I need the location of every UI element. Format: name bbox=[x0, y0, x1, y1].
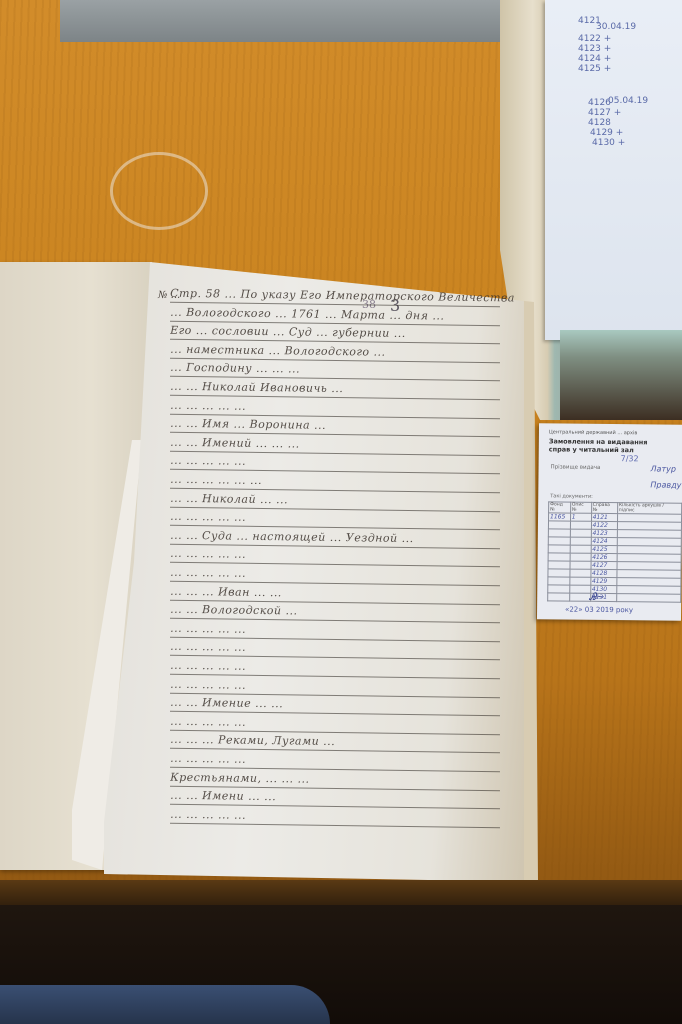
slip-cell bbox=[548, 577, 570, 585]
manuscript-line-text: ... ... ... ... ... bbox=[170, 547, 246, 561]
manuscript-line-text: ... наместника ... Вологодского ... bbox=[170, 342, 386, 358]
manuscript-line-text: ... ... ... ... ... bbox=[170, 659, 246, 673]
slip-cell: 4128 bbox=[590, 569, 616, 577]
slip-cell bbox=[548, 529, 570, 537]
file-sheet-note: 4123 + bbox=[578, 44, 611, 54]
slip-cell: 4121 bbox=[591, 513, 617, 521]
slip-cell bbox=[570, 569, 591, 577]
manuscript-line-text: ... ... Вологодской ... bbox=[170, 603, 298, 618]
slip-number: 7/32 bbox=[621, 454, 639, 463]
slip-cell bbox=[548, 521, 570, 529]
slip-cell: 1 bbox=[570, 513, 591, 521]
file-sheet-note: 4129 + bbox=[590, 128, 623, 138]
manuscript-line-text: ... ... Николай ... ... bbox=[170, 491, 288, 506]
manuscript-line-text: ... ... ... ... ... bbox=[170, 566, 246, 580]
manuscript-line-text: Его ... сословии ... Суд ... губернии ..… bbox=[170, 324, 406, 340]
slip-cell bbox=[570, 545, 591, 553]
slip-cell bbox=[548, 569, 570, 577]
person-knee-jeans bbox=[0, 985, 330, 1024]
slip-column-header: Опис № bbox=[570, 502, 591, 513]
slip-cell bbox=[548, 585, 570, 593]
manuscript-line-text: ... ... ... ... ... bbox=[170, 714, 246, 728]
file-sheet-note: 05.04.19 bbox=[608, 96, 648, 106]
file-sheet-note: 4127 + bbox=[588, 108, 621, 118]
file-sheet-note: 4128 bbox=[588, 118, 611, 128]
manuscript-line-text: ... ... Суда ... настоящей ... Уездной .… bbox=[170, 528, 414, 544]
slip-cell bbox=[570, 577, 591, 585]
manuscript-line-text: ... ... ... ... ... bbox=[170, 807, 246, 821]
slip-cell bbox=[570, 521, 591, 529]
slip-cell: 4123 bbox=[591, 529, 617, 537]
manuscript-line-text: ... ... ... ... ... ... bbox=[170, 473, 262, 487]
slip-signature: Ꭿ~ bbox=[589, 592, 605, 603]
slip-cell bbox=[548, 593, 570, 601]
slip-column-header: Фонд № bbox=[549, 502, 571, 513]
slip-cell bbox=[548, 553, 570, 561]
slip-cell bbox=[570, 561, 591, 569]
manuscript-line-text: ... ... Николай Ивановичь ... bbox=[170, 380, 343, 395]
manuscript-line-text: ... ... Имений ... ... ... bbox=[170, 435, 300, 450]
file-sheet-note: 4122 + bbox=[578, 34, 611, 44]
manuscript-line-text: ... ... ... ... ... bbox=[170, 454, 246, 468]
slip-cell: 1165 bbox=[549, 513, 571, 521]
slip-title: Замовлення на видавання справ у читальни… bbox=[549, 437, 649, 454]
slip-cell bbox=[548, 537, 570, 545]
file-sheet-note: 4124 + bbox=[578, 54, 611, 64]
manuscript-line-text: ... ... ... ... ... bbox=[170, 640, 246, 654]
manuscript-line-text: ... ... Имение ... ... bbox=[170, 696, 283, 711]
file-sheet-note: 4121 bbox=[578, 16, 601, 26]
slip-org: Центральний державний ... архів bbox=[549, 429, 637, 436]
slip-date: «22» 03 2019 року bbox=[565, 606, 633, 615]
manuscript-line-text: Стр. 58 ... По указу Его Императорского … bbox=[170, 287, 515, 305]
manuscript-line-text: ... Господину ... ... ... bbox=[170, 361, 300, 376]
file-stack-edges bbox=[560, 330, 682, 420]
slip-signature-bottom: Правду bbox=[650, 480, 681, 489]
slip-cell: 4129 bbox=[590, 577, 616, 585]
slip-cell bbox=[548, 561, 570, 569]
slip-reader-label: Прізвище видача bbox=[551, 464, 601, 471]
slip-cell: 4127 bbox=[591, 561, 617, 569]
slip-column-header: Кількість аркушів / підпис bbox=[617, 503, 681, 515]
file-sheet-note: 30.04.19 bbox=[596, 22, 636, 32]
manuscript-line-text: ... ... ... ... ... bbox=[170, 621, 246, 635]
slip-cell: 4126 bbox=[591, 553, 617, 561]
file-sheet-note: 4125 + bbox=[578, 64, 611, 74]
file-top-sheet: 30.04.1941214122 +4123 +4124 +4125 +05.0… bbox=[545, 0, 682, 340]
slip-cell bbox=[570, 529, 591, 537]
file-sheet-note: 4126 bbox=[588, 98, 611, 108]
manuscript-line-text: ... ... Имени ... ... bbox=[170, 789, 276, 803]
slip-cell bbox=[570, 537, 591, 545]
slip-cell: 4124 bbox=[591, 537, 617, 545]
manuscript-line-text: ... ... ... Реками, Лугами ... bbox=[170, 733, 335, 748]
desk-edge bbox=[0, 880, 682, 908]
request-slip: Центральний державний ... архів Замовлен… bbox=[537, 423, 682, 620]
slip-cell bbox=[569, 593, 590, 601]
slip-cell: 4122 bbox=[591, 521, 617, 529]
wall-strip bbox=[60, 0, 520, 42]
slip-row: 4131 bbox=[548, 593, 681, 602]
slip-table: Фонд №Опис №Справа №Кількість аркушів / … bbox=[547, 501, 682, 602]
manuscript-line-text: ... ... ... ... ... bbox=[170, 510, 246, 524]
slip-cell bbox=[548, 545, 570, 553]
manuscript-line-text: ... ... Имя ... Воронина ... bbox=[170, 417, 326, 432]
manuscript-line-text: ... Вологодского ... 1761 ... Марта ... … bbox=[170, 305, 444, 322]
manuscript-line-text: ... ... ... Иван ... ... bbox=[170, 584, 282, 599]
slip-table-caption: Такі документи: bbox=[550, 493, 593, 499]
slip-cell bbox=[569, 585, 590, 593]
slip-signature-top: Латур bbox=[651, 464, 676, 473]
slip-column-header: Справа № bbox=[591, 502, 617, 513]
manuscript-line-text: ... ... ... ... ... bbox=[170, 752, 246, 766]
manuscript-line-text: ... ... ... ... ... bbox=[170, 677, 246, 691]
slip-cell bbox=[570, 553, 591, 561]
slip-cell bbox=[616, 594, 680, 603]
cup-ring-stain bbox=[110, 152, 208, 230]
manuscript-line-text: ... ... ... ... ... bbox=[170, 398, 246, 412]
manuscript-text: Стр. 58 ... По указу Его Императорского … bbox=[150, 285, 510, 845]
manuscript-line-text: Крестьянами, ... ... ... bbox=[170, 770, 310, 785]
file-sheet-note: 4130 + bbox=[592, 138, 625, 148]
slip-cell: 4125 bbox=[591, 545, 617, 553]
archive-desk-photo: 30.04.1941214122 +4123 +4124 +4125 +05.0… bbox=[0, 0, 682, 1024]
manuscript-line: ... ... ... ... ... bbox=[170, 821, 500, 828]
